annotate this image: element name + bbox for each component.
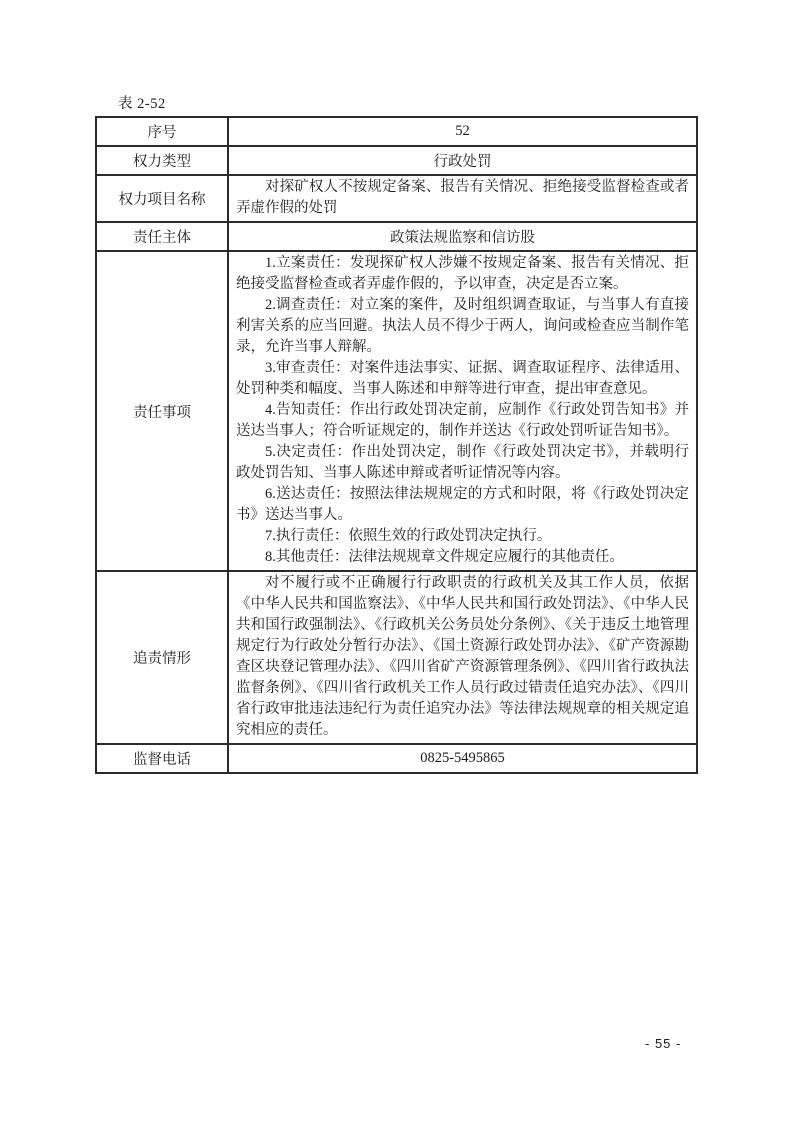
row-value-serial: 52 <box>228 117 697 146</box>
responsibility-item-3: 3.审查责任：对案件违法事实、证据、调查取证程序、法律适用、处罚种类和幅度、当事… <box>236 358 689 400</box>
table-row: 追责情形 对不履行或不正确履行行政职责的行政机关及其工作人员，依据《中华人民共和… <box>96 571 697 744</box>
responsibility-item-5: 5.决定责任：作出处罚决定，制作《行政处罚决定书》，并载明行政处罚告知、当事人陈… <box>236 442 689 484</box>
accountability-text: 对不履行或不正确履行行政职责的行政机关及其工作人员，依据《中华人民共和国监察法》… <box>236 573 689 741</box>
responsibility-item-8: 8.其他责任：法律法规规章文件规定应履行的其他责任。 <box>236 547 689 568</box>
table-row: 责任主体 政策法规监察和信访股 <box>96 222 697 251</box>
row-value-power-type: 行政处罚 <box>228 146 697 175</box>
row-label-accountability: 追责情形 <box>96 571 228 744</box>
responsibility-item-4: 4.告知责任：作出行政处罚决定前，应制作《行政处罚告知书》并送达当事人；符合听证… <box>236 400 689 442</box>
row-value-power-item-name: 对探矿权人不按规定备案、报告有关情况、拒绝接受监督检查或者弄虚作假的处罚 <box>228 175 697 222</box>
row-value-supervision-phone: 0825-5495865 <box>228 744 697 773</box>
row-label-supervision-phone: 监督电话 <box>96 744 228 773</box>
row-label-responsibility-items: 责任事项 <box>96 251 228 571</box>
responsibility-item-6: 6.送达责任：按照法律法规规定的方式和时限，将《行政处罚决定书》送达当事人。 <box>236 484 689 526</box>
table-row: 权力项目名称 对探矿权人不按规定备案、报告有关情况、拒绝接受监督检查或者弄虚作假… <box>96 175 697 222</box>
table-row: 权力类型 行政处罚 <box>96 146 697 175</box>
row-value-accountability: 对不履行或不正确履行行政职责的行政机关及其工作人员，依据《中华人民共和国监察法》… <box>228 571 697 744</box>
row-label-serial: 序号 <box>96 117 228 146</box>
row-value-responsible-subject: 政策法规监察和信访股 <box>228 222 697 251</box>
row-label-power-type: 权力类型 <box>96 146 228 175</box>
row-label-power-item-name: 权力项目名称 <box>96 175 228 222</box>
row-label-responsible-subject: 责任主体 <box>96 222 228 251</box>
document-page: 表 2-52 序号 52 权力类型 行政处罚 权力项目名称 对探矿权人不按规定备… <box>0 0 793 1122</box>
table-row: 监督电话 0825-5495865 <box>96 744 697 773</box>
row-value-responsibility-items: 1.立案责任：发现探矿权人涉嫌不按规定备案、报告有关情况、拒绝接受监督检查或者弄… <box>228 251 697 571</box>
table-caption: 表 2-52 <box>118 92 166 113</box>
responsibility-item-1: 1.立案责任：发现探矿权人涉嫌不按规定备案、报告有关情况、拒绝接受监督检查或者弄… <box>236 253 689 295</box>
power-item-table: 序号 52 权力类型 行政处罚 权力项目名称 对探矿权人不按规定备案、报告有关情… <box>95 116 698 774</box>
table-row: 序号 52 <box>96 117 697 146</box>
power-item-name-text: 对探矿权人不按规定备案、报告有关情况、拒绝接受监督检查或者弄虚作假的处罚 <box>236 177 689 219</box>
responsibility-item-7: 7.执行责任：依照生效的行政处罚决定执行。 <box>236 526 689 547</box>
page-number: - 55 - <box>645 1036 681 1051</box>
table-row: 责任事项 1.立案责任：发现探矿权人涉嫌不按规定备案、报告有关情况、拒绝接受监督… <box>96 251 697 571</box>
responsibility-item-2: 2.调查责任：对立案的案件，及时组织调查取证，与当事人有直接利害关系的应当回避。… <box>236 295 689 358</box>
